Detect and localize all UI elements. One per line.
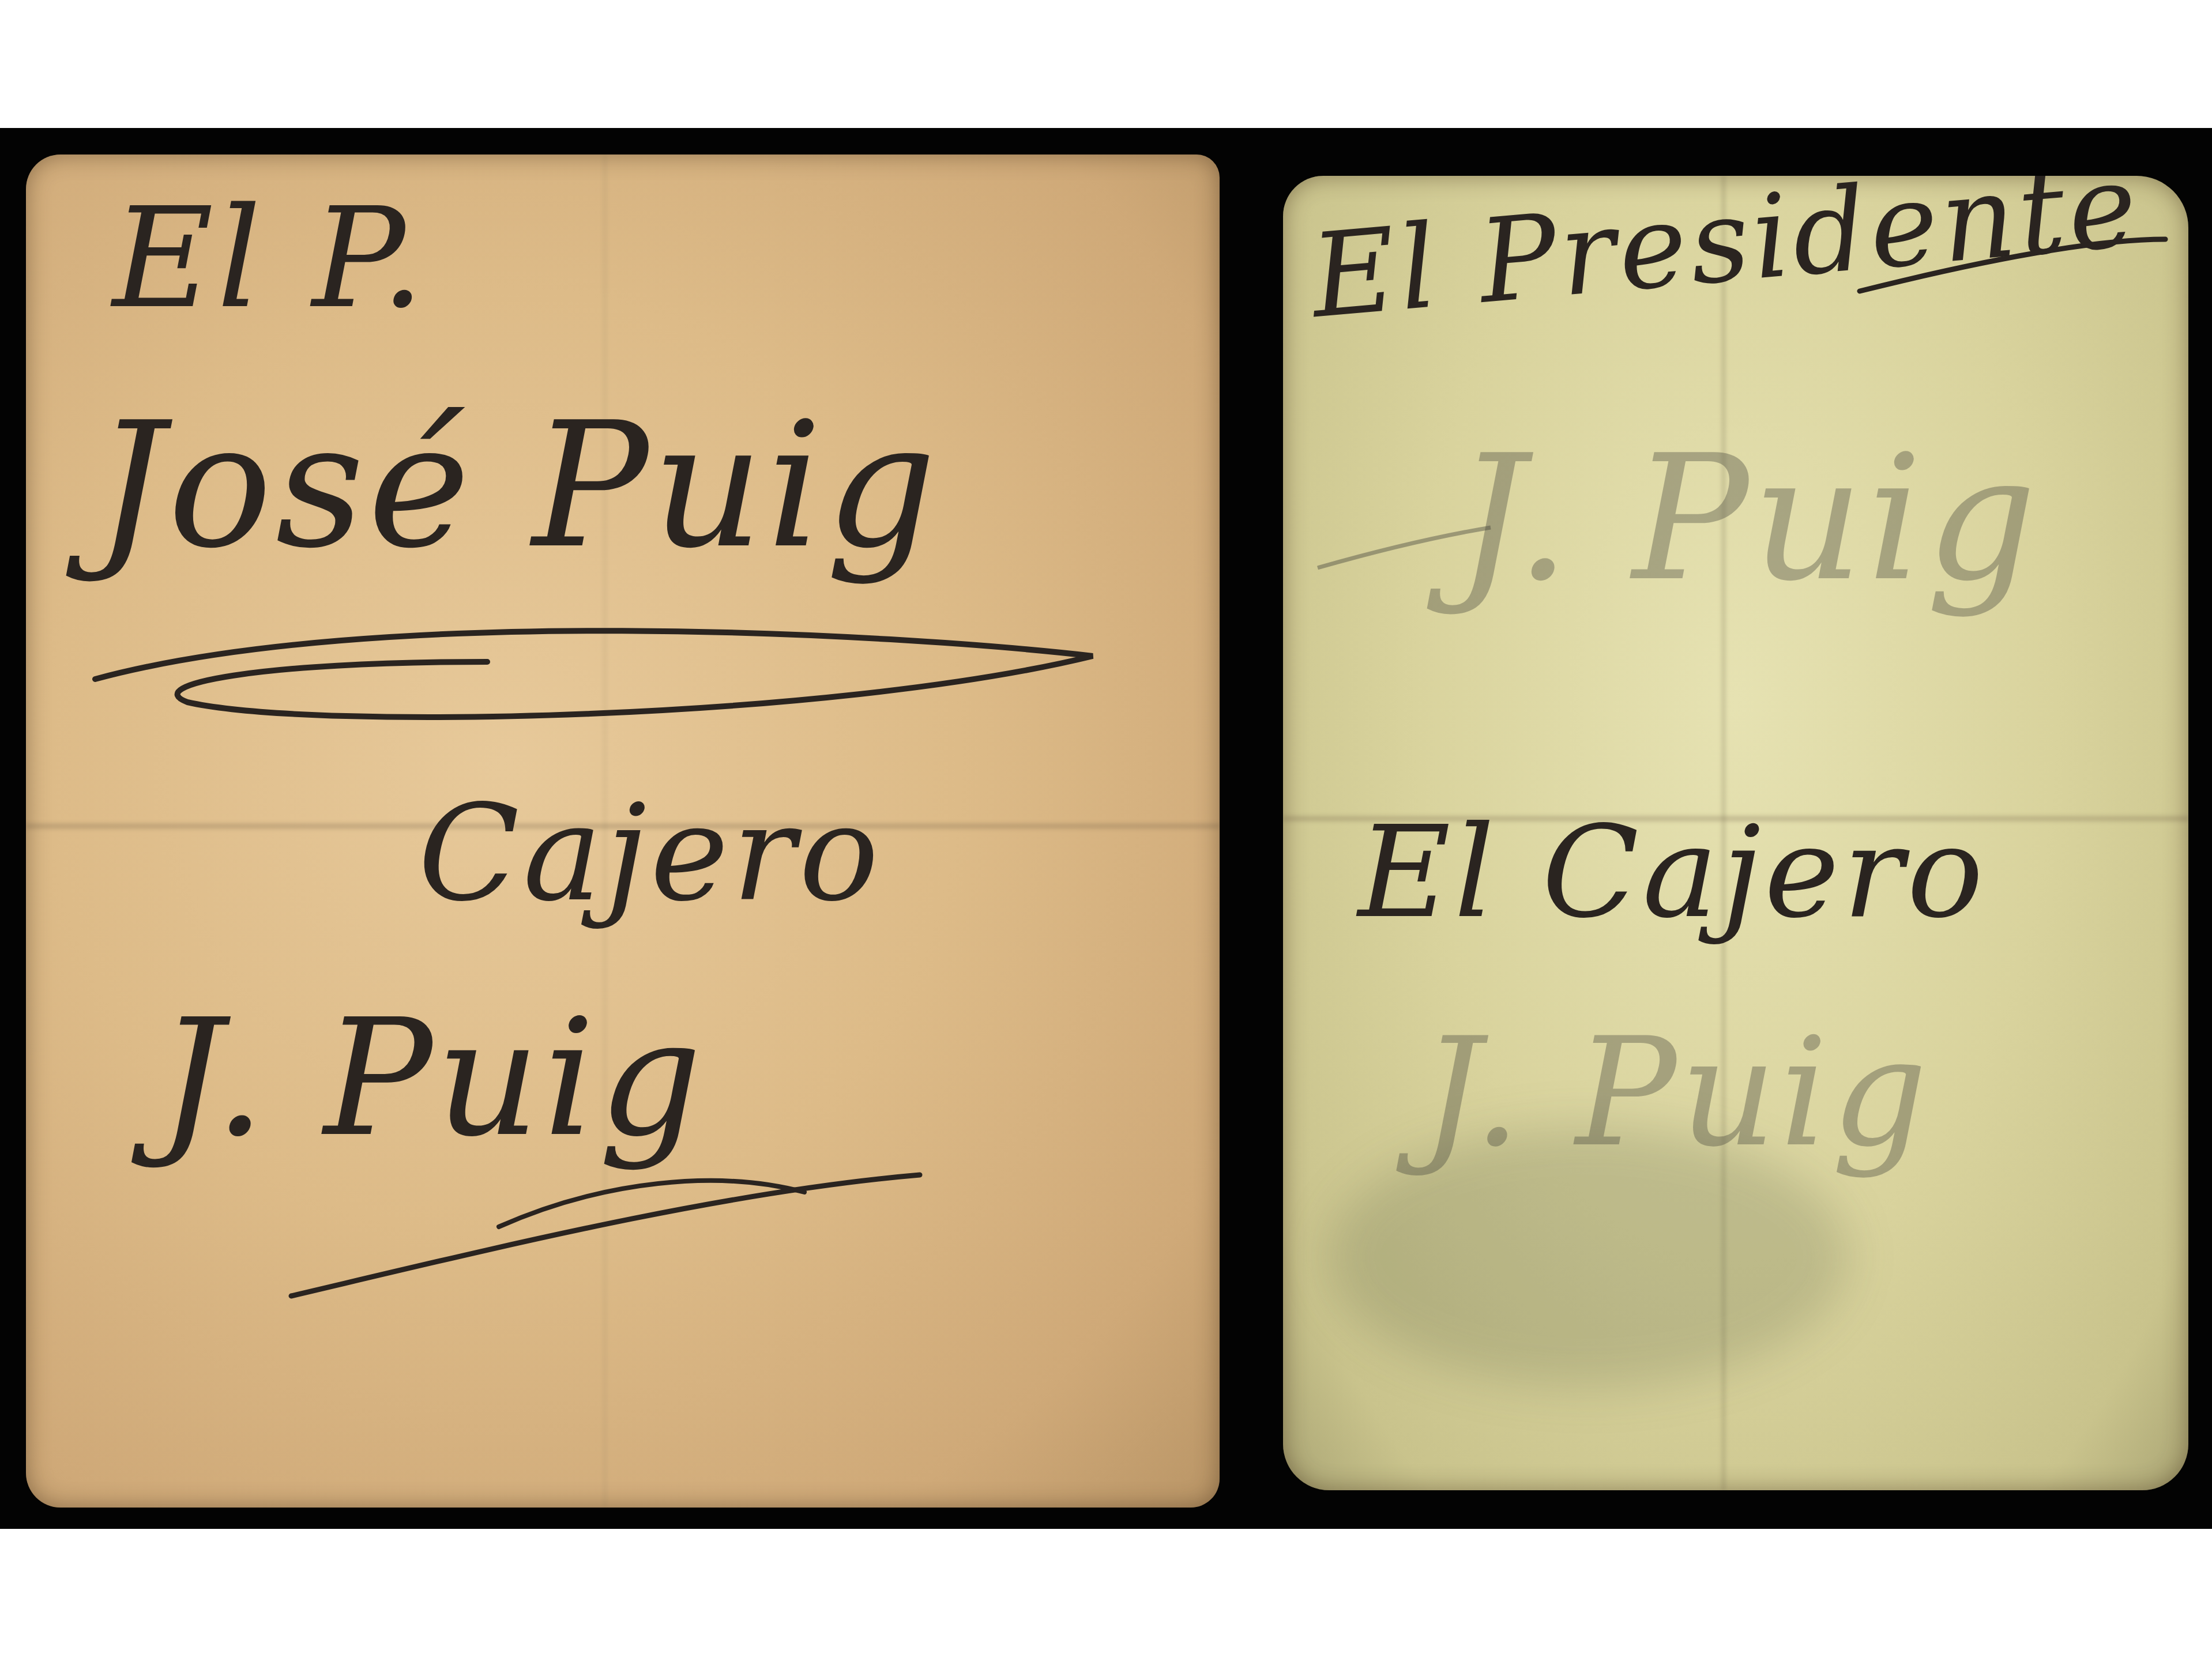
- handwritten-title: Cajero: [418, 777, 882, 931]
- handwritten-title: El Cajero: [1358, 798, 1987, 946]
- banknote-right: El Presidente J. Puig El Cajero J. Puig: [1283, 176, 2188, 1490]
- faint-signature: J. Puig: [1456, 418, 2040, 619]
- banknote-left: El P. José Puig Cajero J. Puig: [26, 155, 1220, 1508]
- handwritten-signature: J. Puig: [159, 985, 705, 1173]
- faint-signature: J. Puig: [1421, 1006, 1931, 1180]
